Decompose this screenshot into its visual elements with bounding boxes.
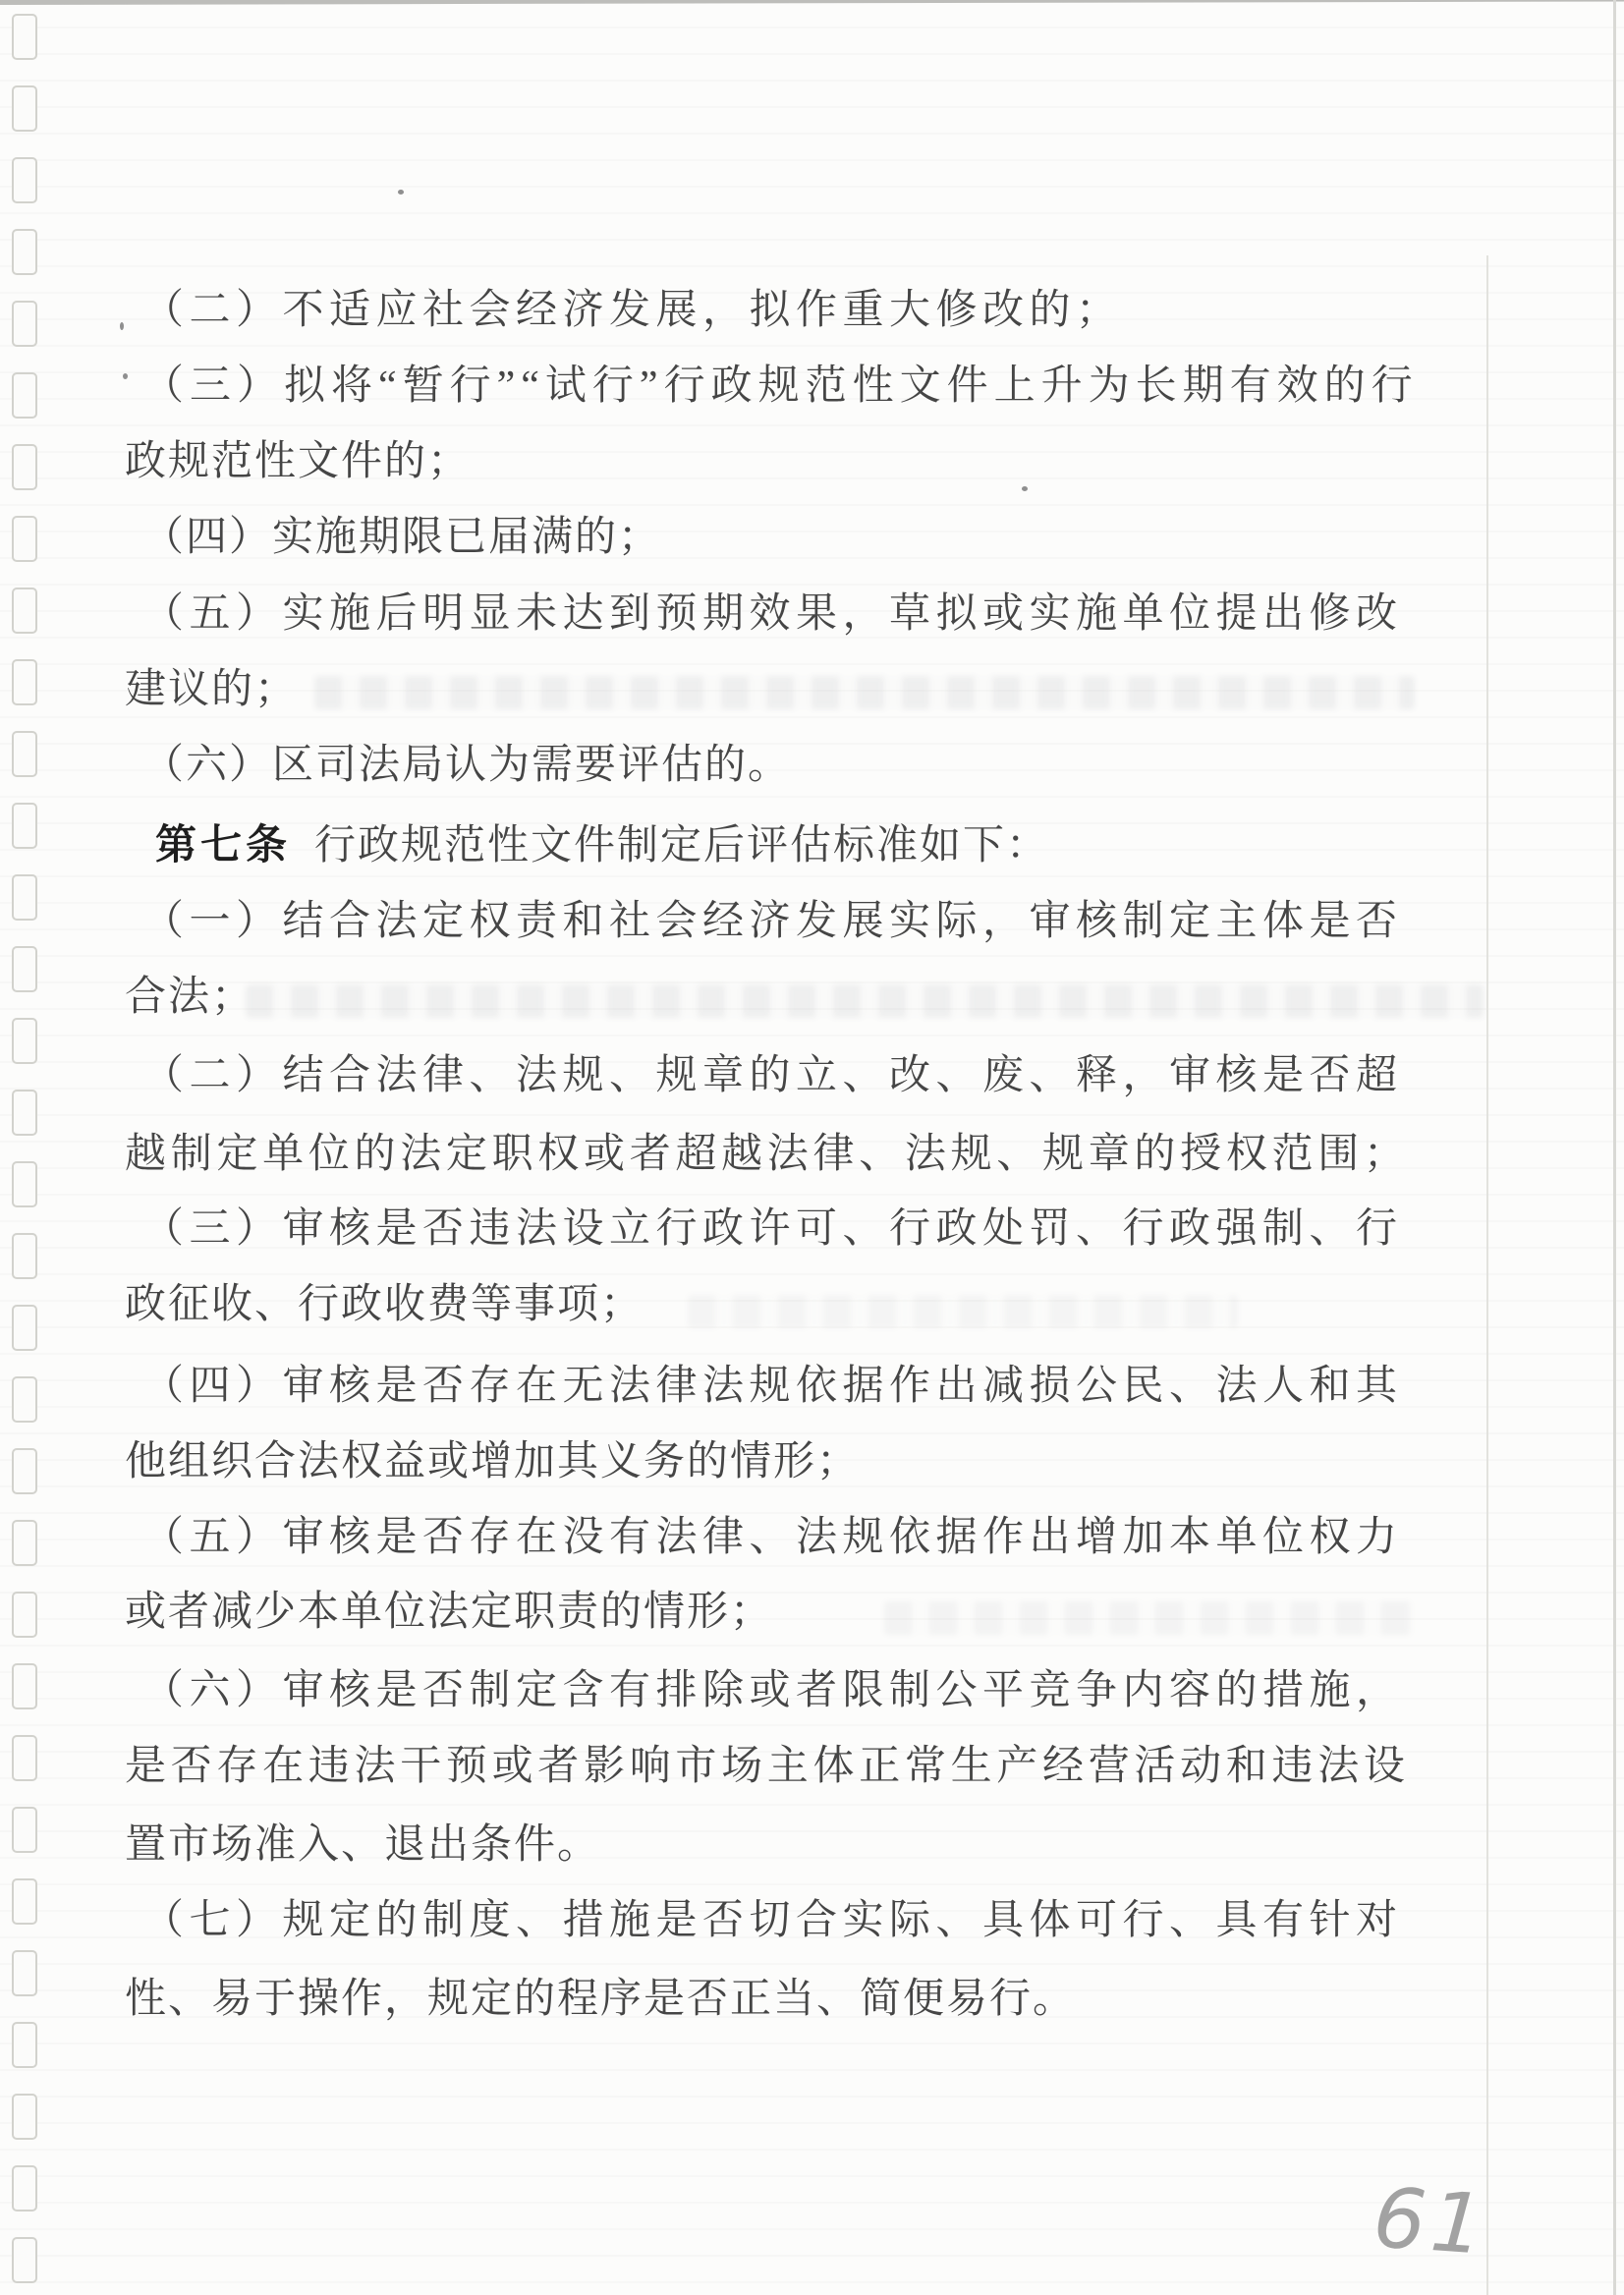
scan-speck <box>398 190 404 195</box>
scanned-document-page: { "page": { "handwritten_number": "61" }… <box>0 0 1624 2295</box>
binder-hole <box>12 1018 37 1064</box>
binder-hole <box>12 2237 37 2283</box>
binder-hole <box>12 229 37 275</box>
doc-text-line: 他组织合法权益或增加其义务的情形； <box>125 1441 860 1483</box>
binder-hole <box>12 2094 37 2140</box>
doc-text-line: （六）审核是否制定含有排除或者限制公平竞争内容的措施， <box>142 1670 1403 1711</box>
binder-hole <box>12 85 37 132</box>
binder-hole <box>12 1878 37 1925</box>
doc-text-line: 或者减少本单位法定职责的情形； <box>125 1592 773 1633</box>
doc-text-line: （二）结合法律、法规、规章的立、改、废、释，审核是否超 <box>142 1055 1403 1096</box>
binder-hole <box>12 1161 37 1207</box>
binder-hole <box>12 1448 37 1494</box>
doc-text-line: 是否存在违法干预或者影响市场主体正常生产经营活动和违法设 <box>125 1746 1410 1787</box>
doc-text-line: （四）实施期限已届满的； <box>142 517 661 558</box>
doc-text-line: （五）实施后明显未达到预期效果，草拟或实施单位提出修改 <box>142 593 1403 635</box>
binder-hole <box>12 2165 37 2211</box>
ink-bleedthrough <box>314 676 1415 709</box>
binder-hole <box>12 1735 37 1781</box>
doc-text-line: 性、易于操作，规定的程序是否正当、简便易行。 <box>125 1979 1076 2020</box>
ink-bleedthrough <box>246 984 1484 1018</box>
binder-hole <box>12 301 37 347</box>
doc-text-line: 政征收、行政收费等事项； <box>125 1284 644 1325</box>
binder-hole <box>12 1090 37 1136</box>
scan-edge-line <box>1613 0 1616 2295</box>
page-number-handwritten: 61 <box>1371 2169 1491 2273</box>
doc-text-line: （四）审核是否存在无法律法规依据作出减损公民、法人和其 <box>142 1366 1403 1407</box>
binder-hole <box>12 659 37 705</box>
doc-text-line: 越制定单位的法定职权或者超越法律、法规、规章的授权范围； <box>125 1134 1410 1175</box>
binder-hole <box>12 1663 37 1709</box>
binder-hole <box>12 372 37 419</box>
binder-hole <box>12 1233 37 1279</box>
doc-text-line: （三）拟将“暂行”“试行”行政规范性文件上升为长期有效的行 <box>142 365 1419 407</box>
doc-text-line: 合法； <box>125 977 254 1018</box>
binder-hole <box>12 1950 37 1996</box>
doc-text-line: （二）不适应社会经济发展，拟作重大修改的； <box>142 290 1123 331</box>
ink-bleedthrough <box>884 1601 1415 1635</box>
article-title: 行政规范性文件制定后评估标准如下： <box>314 823 1049 868</box>
doc-text-line: （六）区司法局认为需要评估的。 <box>142 745 791 786</box>
binder-hole <box>12 588 37 634</box>
doc-text-line: 置市场准入、退出条件。 <box>125 1824 600 1866</box>
binder-hole <box>12 874 37 921</box>
scan-speck <box>120 322 124 330</box>
scan-speck <box>123 373 128 379</box>
binder-hole <box>12 1520 37 1566</box>
doc-text-line: 建议的； <box>125 669 298 710</box>
doc-text-line: （三）审核是否违法设立行政许可、行政处罚、行政强制、行 <box>142 1208 1403 1250</box>
binder-hole <box>12 14 37 60</box>
scan-top-edge <box>0 0 1624 5</box>
doc-text-line: 政规范性文件的； <box>125 441 471 482</box>
binder-hole <box>12 1592 37 1638</box>
binder-hole <box>12 1305 37 1351</box>
binder-hole <box>12 157 37 203</box>
doc-text-line: （一）结合法定权责和社会经济发展实际，审核制定主体是否 <box>142 901 1403 942</box>
page-edge-line <box>1486 255 1488 2295</box>
doc-text-line: （七）规定的制度、措施是否切合实际、具体可行、具有针对 <box>142 1900 1403 1941</box>
article-7-heading: 第七条行政规范性文件制定后评估标准如下： <box>155 825 1049 867</box>
binder-hole <box>12 444 37 490</box>
scan-speck <box>1022 486 1028 491</box>
binder-hole <box>12 2022 37 2068</box>
ink-bleedthrough <box>688 1295 1238 1328</box>
binder-hole <box>12 1376 37 1423</box>
binder-hole <box>12 946 37 992</box>
article-number: 第七条 <box>155 823 291 868</box>
binder-hole <box>12 803 37 849</box>
doc-text-line: （五）审核是否存在没有法律、法规依据作出增加本单位权力 <box>142 1517 1403 1558</box>
binder-hole <box>12 731 37 777</box>
binder-hole <box>12 516 37 562</box>
binder-hole <box>12 1807 37 1853</box>
